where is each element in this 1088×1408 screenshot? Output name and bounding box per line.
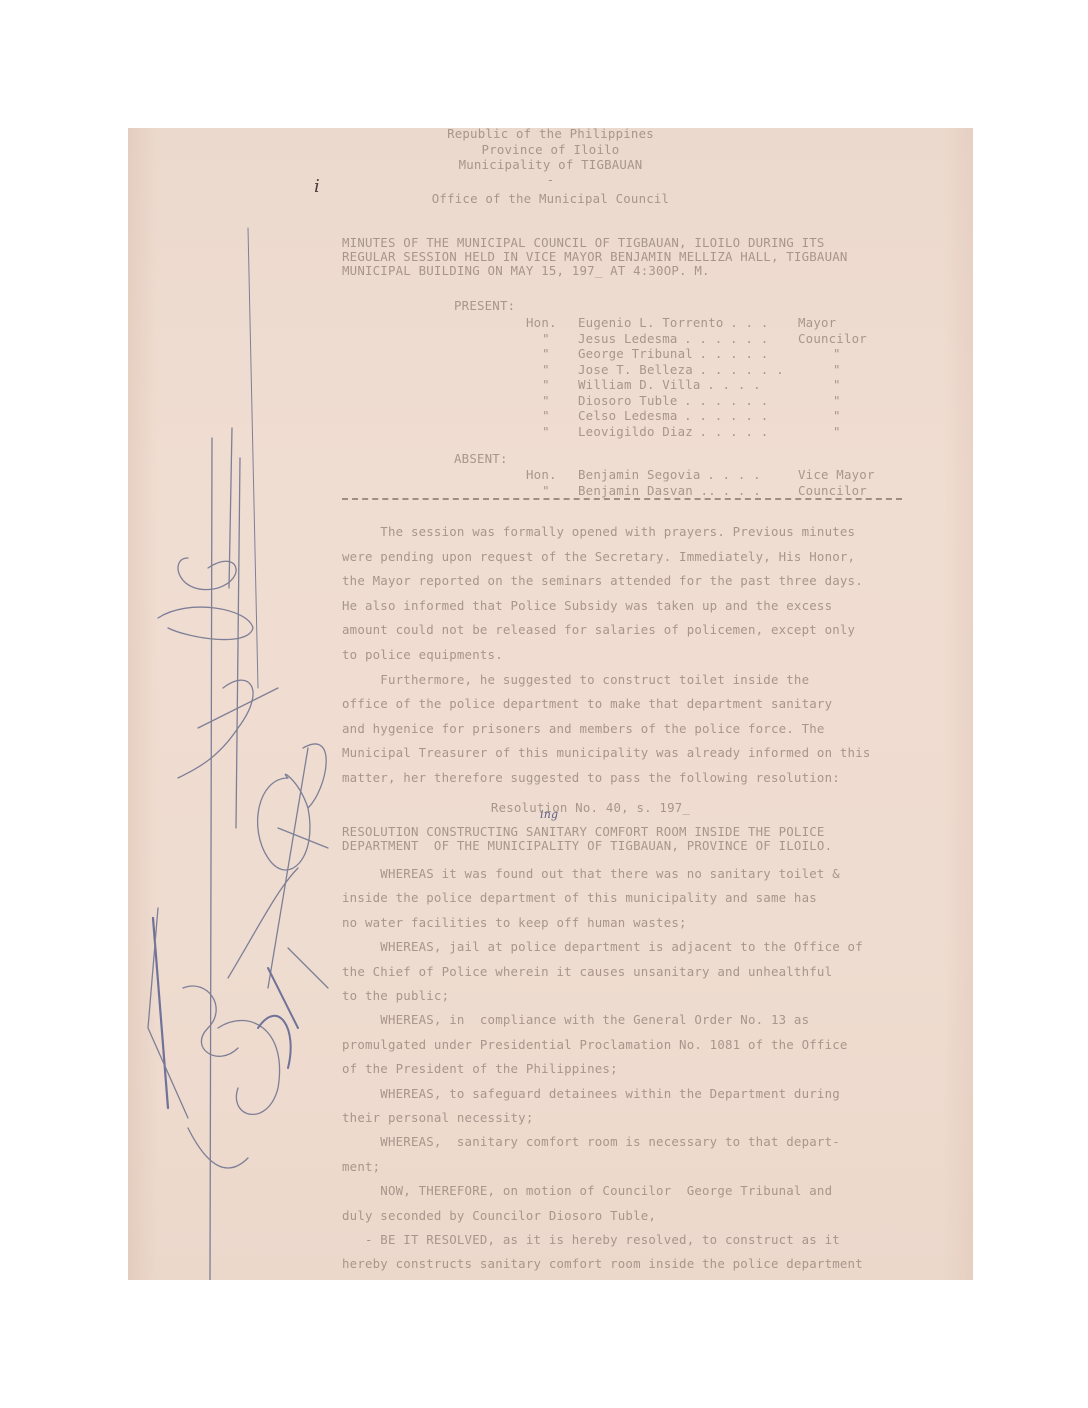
body-line: Municipal Treasurer of this municipality… [342,745,871,760]
title-line: REGULAR SESSION HELD IN VICE MAYOR BENJA… [342,249,848,264]
body-line: matter, her therefore suggested to pass … [342,770,840,785]
body-line: amount could not be released for salarie… [342,622,855,637]
member-name: Leovigildo Diaz [578,424,693,439]
clause-line: to the public; [342,988,449,1003]
signature-stroke-vertical-1 [210,438,212,1280]
clause-line: duly seconded by Councilor Diosoro Tuble… [342,1208,656,1223]
clause-line: no water facilities to keep off human wa… [342,915,687,930]
clause-line: their personal necessity; [342,1110,534,1125]
member-leader-dots: . . . . [707,377,761,392]
resolution-number: Resolution No. 40, s. 197_ [168,800,973,815]
clause-line: the Chief of Police wherein it causes un… [342,964,832,979]
clause-line: inside the police department of this mun… [342,890,817,905]
body-line: the Mayor reported on the seminars atten… [342,573,863,588]
member-leader-dots: . . . . . . [684,408,768,423]
title-line: MUNICIPAL BUILDING ON MAY 15, 197_ AT 4:… [342,263,710,278]
header-office: Office of the Municipal Council [128,191,973,206]
member-leader-dots: . . . . [707,467,761,482]
member-name: Jesus Ledesma [578,331,678,346]
member-prefix: " [526,377,566,392]
member-name: Jose T. Belleza [578,362,693,377]
member-name: Benjamin Segovia [578,467,701,482]
present-label: PRESENT: [454,298,515,313]
member-role: " [833,346,841,361]
body-line: The session was formally opened with pra… [342,524,855,539]
member-name: Benjamin Dasvan .. [578,483,716,498]
body-line: He also informed that Police Subsidy was… [342,598,832,613]
clause-line: WHEREAS, to safeguard detainees within t… [342,1086,840,1101]
clause-line: WHEREAS, sanitary comfort room is necess… [342,1134,840,1149]
clause-line: of the President of the Philippines; [342,1061,618,1076]
member-role: Vice Mayor [798,467,875,482]
member-name: Diosoro Tuble [578,393,678,408]
header-divider: - [128,172,973,187]
member-name: Eugenio L. Torrento [578,315,724,330]
member-role: " [833,362,841,377]
member-prefix: " [526,424,566,439]
member-prefix: Hon. [526,467,566,482]
clause-line: NOW, THEREFORE, on motion of Councilor G… [342,1183,832,1198]
member-leader-dots: . . . . . . [684,331,768,346]
member-prefix: " [526,408,566,423]
member-name: George Tribunal [578,346,693,361]
title-line: MINUTES OF THE MUNICIPAL COUNCIL OF TIGB… [342,235,825,250]
member-role: Councilor [798,483,867,498]
member-prefix: " [526,483,566,498]
member-role: Mayor [798,315,836,330]
member-role: " [833,424,841,439]
body-line: Furthermore, he suggested to construct t… [342,672,809,687]
resolution-title-line: RESOLUTION CONSTRUCTING SANITARY COMFORT… [342,824,825,839]
header-republic: Republic of the Philippines [128,128,973,141]
member-leader-dots: . . . . . [700,346,769,361]
member-leader-dots: . . . . . . [684,393,768,408]
section-divider [342,498,902,500]
member-prefix: " [526,346,566,361]
header-province: Province of Iloilo [128,142,973,157]
clause-line: hereby constructs sanitary comfort room … [342,1256,863,1271]
resolution-title-line: DEPARTMENT OF THE MUNICIPALITY OF TIGBAU… [342,838,832,853]
clause-line: WHEREAS it was found out that there was … [342,866,840,881]
body-line: and hygenice for prisoners and members o… [342,721,825,736]
member-name: William D. Villa [578,377,701,392]
member-leader-dots: . . . . . . [700,362,784,377]
scanned-document-page: i Republic of the Philippines Province o… [128,128,973,1280]
member-role: " [833,393,841,408]
body-line: office of the police department to make … [342,696,832,711]
member-prefix: Hon. [526,315,566,330]
member-leader-dots: . . . [730,315,768,330]
member-role: " [833,408,841,423]
clause-line: - BE IT RESOLVED, as it is hereby resolv… [342,1232,840,1247]
member-prefix: " [526,331,566,346]
member-prefix: " [526,362,566,377]
handwritten-insert: ing [540,808,558,821]
member-role: " [833,377,841,392]
member-name: Celso Ledesma [578,408,678,423]
member-prefix: " [526,393,566,408]
clause-line: WHEREAS, in compliance with the General … [342,1012,809,1027]
clause-line: promulgated under Presidential Proclamat… [342,1037,848,1052]
member-leader-dots: . . . . . [700,424,769,439]
body-line: to police equipments. [342,647,503,662]
member-leader-dots: . . . [723,483,761,498]
absent-label: ABSENT: [454,451,508,466]
body-line: were pending upon request of the Secreta… [342,549,855,564]
member-role: Councilor [798,331,867,346]
clause-line: WHEREAS, jail at police department is ad… [342,939,863,954]
header-municipality: Municipality of TIGBAUAN [128,157,973,172]
clause-line: ment; [342,1159,380,1174]
